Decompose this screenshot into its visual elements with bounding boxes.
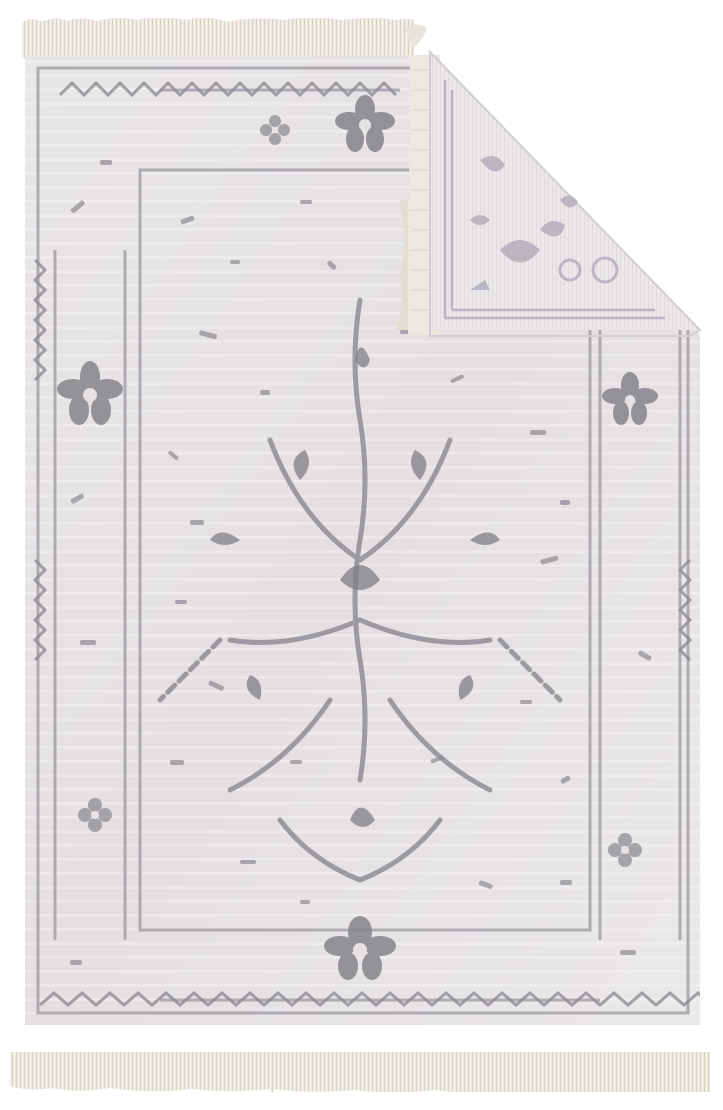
bottom-fringe [10,1052,710,1110]
rug-product-photo [0,0,723,1110]
folded-corner [430,52,700,336]
top-fringe [22,17,414,58]
rug-face [25,55,712,1025]
